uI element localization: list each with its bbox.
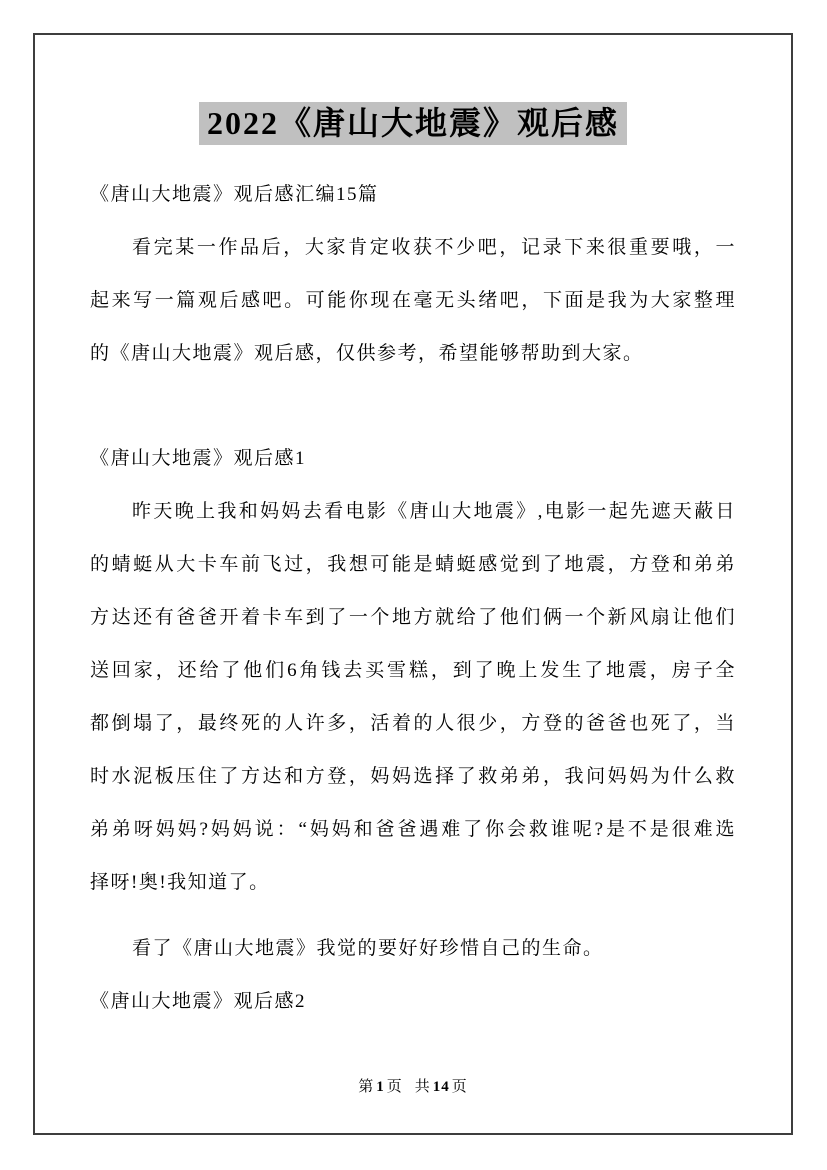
body-line: 送回家，还给了他们6角钱去买雪糕，到了晚上发生了地震，房子全	[90, 644, 736, 697]
body-line: 都倒塌了，最终死的人许多，活着的人很少，方登的爸爸也死了，当	[90, 697, 736, 750]
body-line: 看完某一作品后，大家肯定收获不少吧，记录下来很重要哦，一	[90, 221, 736, 274]
document-page: 2022《唐山大地震》观后感 《唐山大地震》观后感汇编15篇 看完某一作品后，大…	[0, 0, 827, 1170]
section-heading: 《唐山大地震》观后感1	[90, 432, 736, 485]
page-content: 2022《唐山大地震》观后感 《唐山大地震》观后感汇编15篇 看完某一作品后，大…	[35, 35, 791, 1133]
footer-text: 页	[452, 1079, 468, 1095]
footer-text: 共	[415, 1079, 431, 1095]
document-title: 2022《唐山大地震》观后感	[199, 102, 627, 145]
footer-total-pages: 14	[431, 1079, 452, 1095]
body-line: 的《唐山大地震》观后感，仅供参考，希望能够帮助到大家。	[90, 327, 736, 380]
document-body: 《唐山大地震》观后感汇编15篇 看完某一作品后，大家肯定收获不少吧，记录下来很重…	[90, 168, 736, 1028]
footer-text: 页	[387, 1079, 403, 1095]
body-line: 时水泥板压住了方达和方登，妈妈选择了救弟弟，我问妈妈为什么救	[90, 750, 736, 803]
body-line: 的蜻蜓从大卡车前飞过，我想可能是蜻蜓感觉到了地震，方登和弟弟	[90, 538, 736, 591]
page-border: 2022《唐山大地震》观后感 《唐山大地震》观后感汇编15篇 看完某一作品后，大…	[33, 33, 793, 1135]
footer-text: 第	[358, 1079, 374, 1095]
body-line: 昨天晚上我和妈妈去看电影《唐山大地震》,电影一起先遮天蔽日	[90, 485, 736, 538]
body-line: 弟弟呀妈妈?妈妈说：“妈妈和爸爸遇难了你会救谁呢?是不是很难选	[90, 803, 736, 856]
body-line: 《唐山大地震》观后感汇编15篇	[90, 168, 736, 221]
body-line: 起来写一篇观后感吧。可能你现在毫无头绪吧，下面是我为大家整理	[90, 274, 736, 327]
page-footer: 第1页共14页	[35, 1077, 791, 1097]
body-line: 看了《唐山大地震》我觉的要好好珍惜自己的生命。	[90, 922, 736, 975]
footer-page-number: 1	[374, 1079, 387, 1095]
body-line: 择呀!奥!我知道了。	[90, 856, 736, 909]
title-row: 2022《唐山大地震》观后感	[90, 102, 736, 145]
section-heading: 《唐山大地震》观后感2	[90, 975, 736, 1028]
body-line: 方达还有爸爸开着卡车到了一个地方就给了他们俩一个新风扇让他们	[90, 591, 736, 644]
